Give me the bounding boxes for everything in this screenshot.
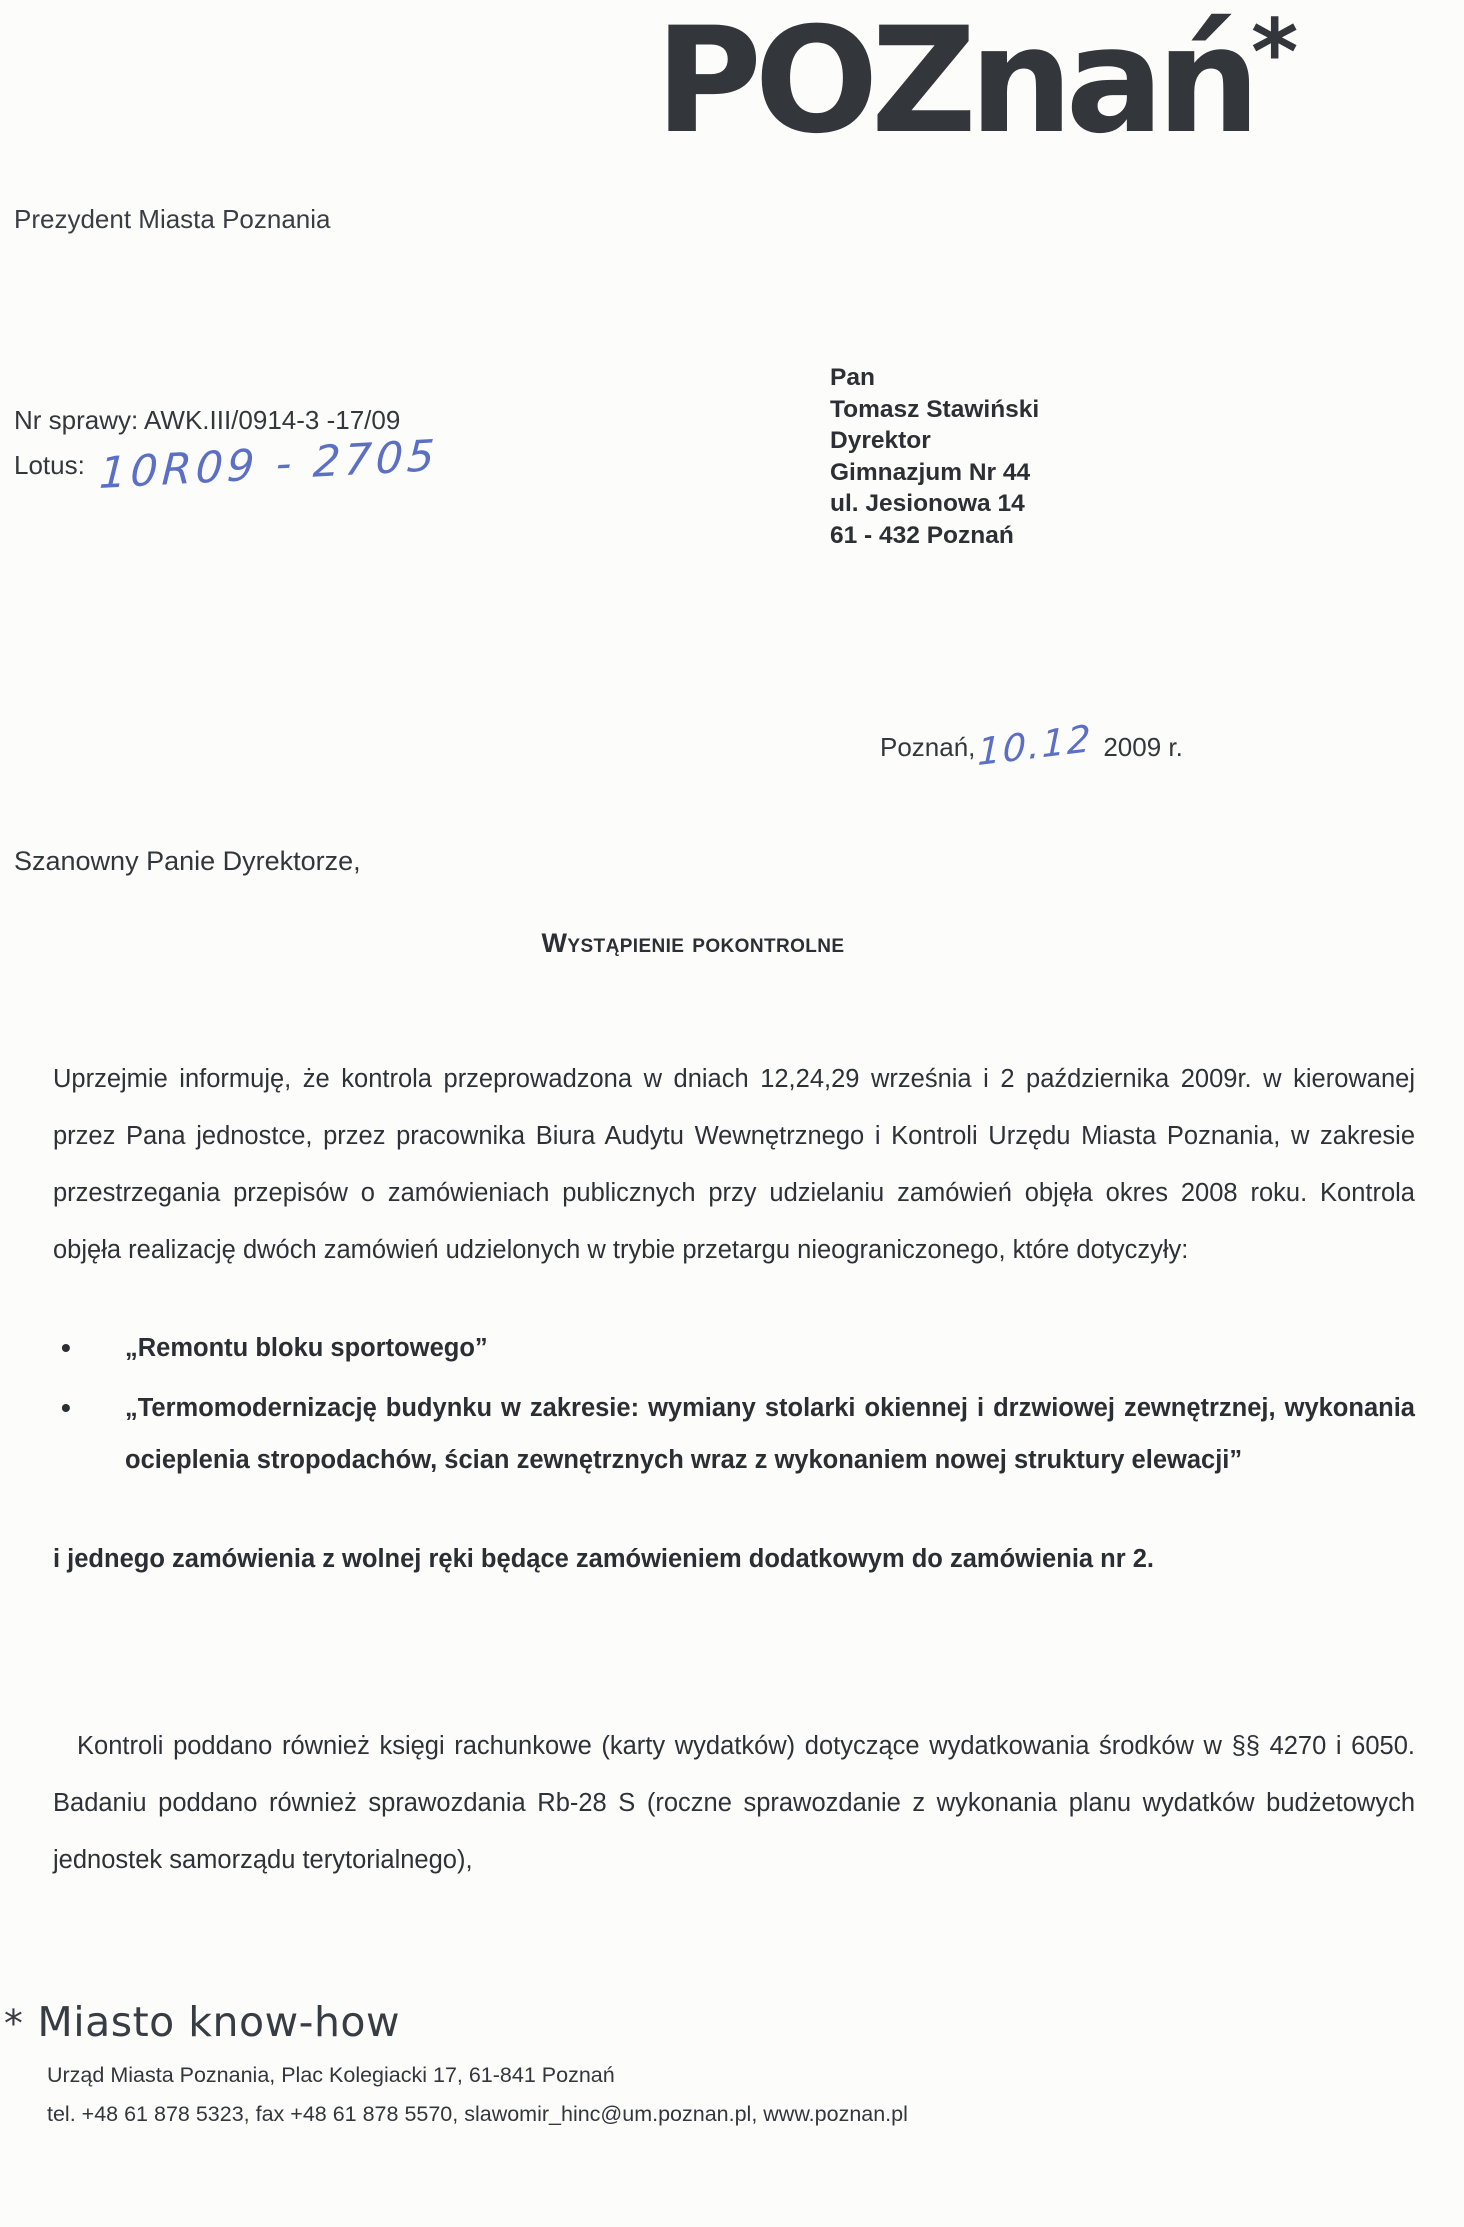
recipient-line: ul. Jesionowa 14	[830, 488, 1039, 520]
recipient-line: 61 - 432 Poznań	[830, 520, 1039, 552]
date-place: Poznań,	[880, 732, 975, 762]
footer-contact: tel. +48 61 878 5323, fax +48 61 878 557…	[47, 2095, 908, 2134]
lotus-handwritten-number: 10R09 - 2705	[98, 436, 439, 494]
scanned-letter-page: POZnań* Prezydent Miasta Poznania Nr spr…	[0, 0, 1464, 2227]
footer-star-icon: *	[4, 2001, 23, 2045]
date-year: 2009 r.	[1103, 732, 1183, 762]
poznan-logo-text: POZnań	[655, 0, 1253, 166]
footer-brand-text: Miasto know-how	[37, 1998, 400, 2046]
date-line: Poznań,10.122009 r.	[880, 722, 1183, 765]
body-paragraph-2: Kontroli poddano również księgi rachunko…	[53, 1718, 1415, 1889]
recipient-line: Dyrektor	[830, 425, 1039, 457]
case-number-block: Nr sprawy: AWK.III/0914-3 -17/09 Lotus:1…	[14, 400, 424, 485]
salutation: Szanowny Panie Dyrektorze,	[14, 846, 361, 877]
poznan-logo: POZnań*	[655, 8, 1300, 154]
document-title: Wystąpienie pokontrolne	[53, 928, 1333, 959]
footer-brand: *Miasto know-how	[4, 1998, 400, 2046]
footer-address: Urząd Miasta Poznania, Plac Kolegiacki 1…	[47, 2056, 908, 2095]
handwritten-date: 10.12	[977, 717, 1093, 775]
poznan-logo-star-icon: *	[1251, 9, 1298, 100]
footer-contact-block: Urząd Miasta Poznania, Plac Kolegiacki 1…	[47, 2056, 908, 2134]
body-paragraph-after-bullets: i jednego zamówienia z wolnej ręki będąc…	[53, 1532, 1415, 1587]
lotus-line: Lotus:10R09 - 2705	[14, 440, 424, 485]
sender-title: Prezydent Miasta Poznania	[14, 204, 331, 235]
body-paragraph-1: Uprzejmie informuję, że kontrola przepro…	[53, 1051, 1415, 1279]
recipient-line: Pan	[830, 362, 1039, 394]
recipient-block: Pan Tomasz Stawiński Dyrektor Gimnazjum …	[830, 362, 1039, 551]
contracts-bullet-list: „Remontu bloku sportowego” „Termomoderni…	[53, 1322, 1415, 1494]
lotus-label: Lotus:	[14, 450, 85, 480]
recipient-line: Gimnazjum Nr 44	[830, 457, 1039, 489]
bullet-item: „Termomodernizację budynku w zakresie: w…	[53, 1382, 1415, 1486]
bullet-item: „Remontu bloku sportowego”	[53, 1322, 1415, 1374]
recipient-line: Tomasz Stawiński	[830, 394, 1039, 426]
